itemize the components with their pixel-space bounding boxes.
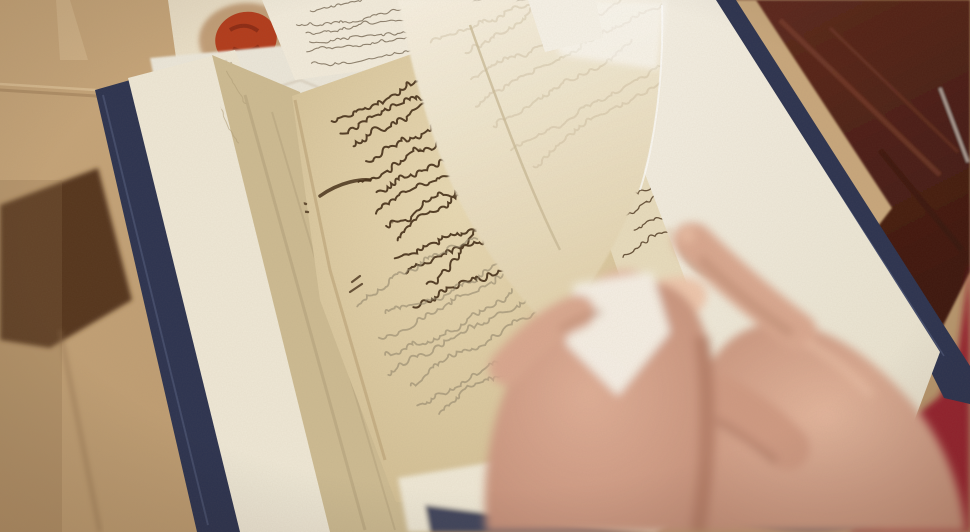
photo-canvas: Open cardboard archive box Dark red-brow… bbox=[0, 0, 970, 532]
photo-manuscript-hands: Close-up photograph of a person's hands … bbox=[0, 0, 970, 532]
film-grain bbox=[0, 0, 970, 532]
